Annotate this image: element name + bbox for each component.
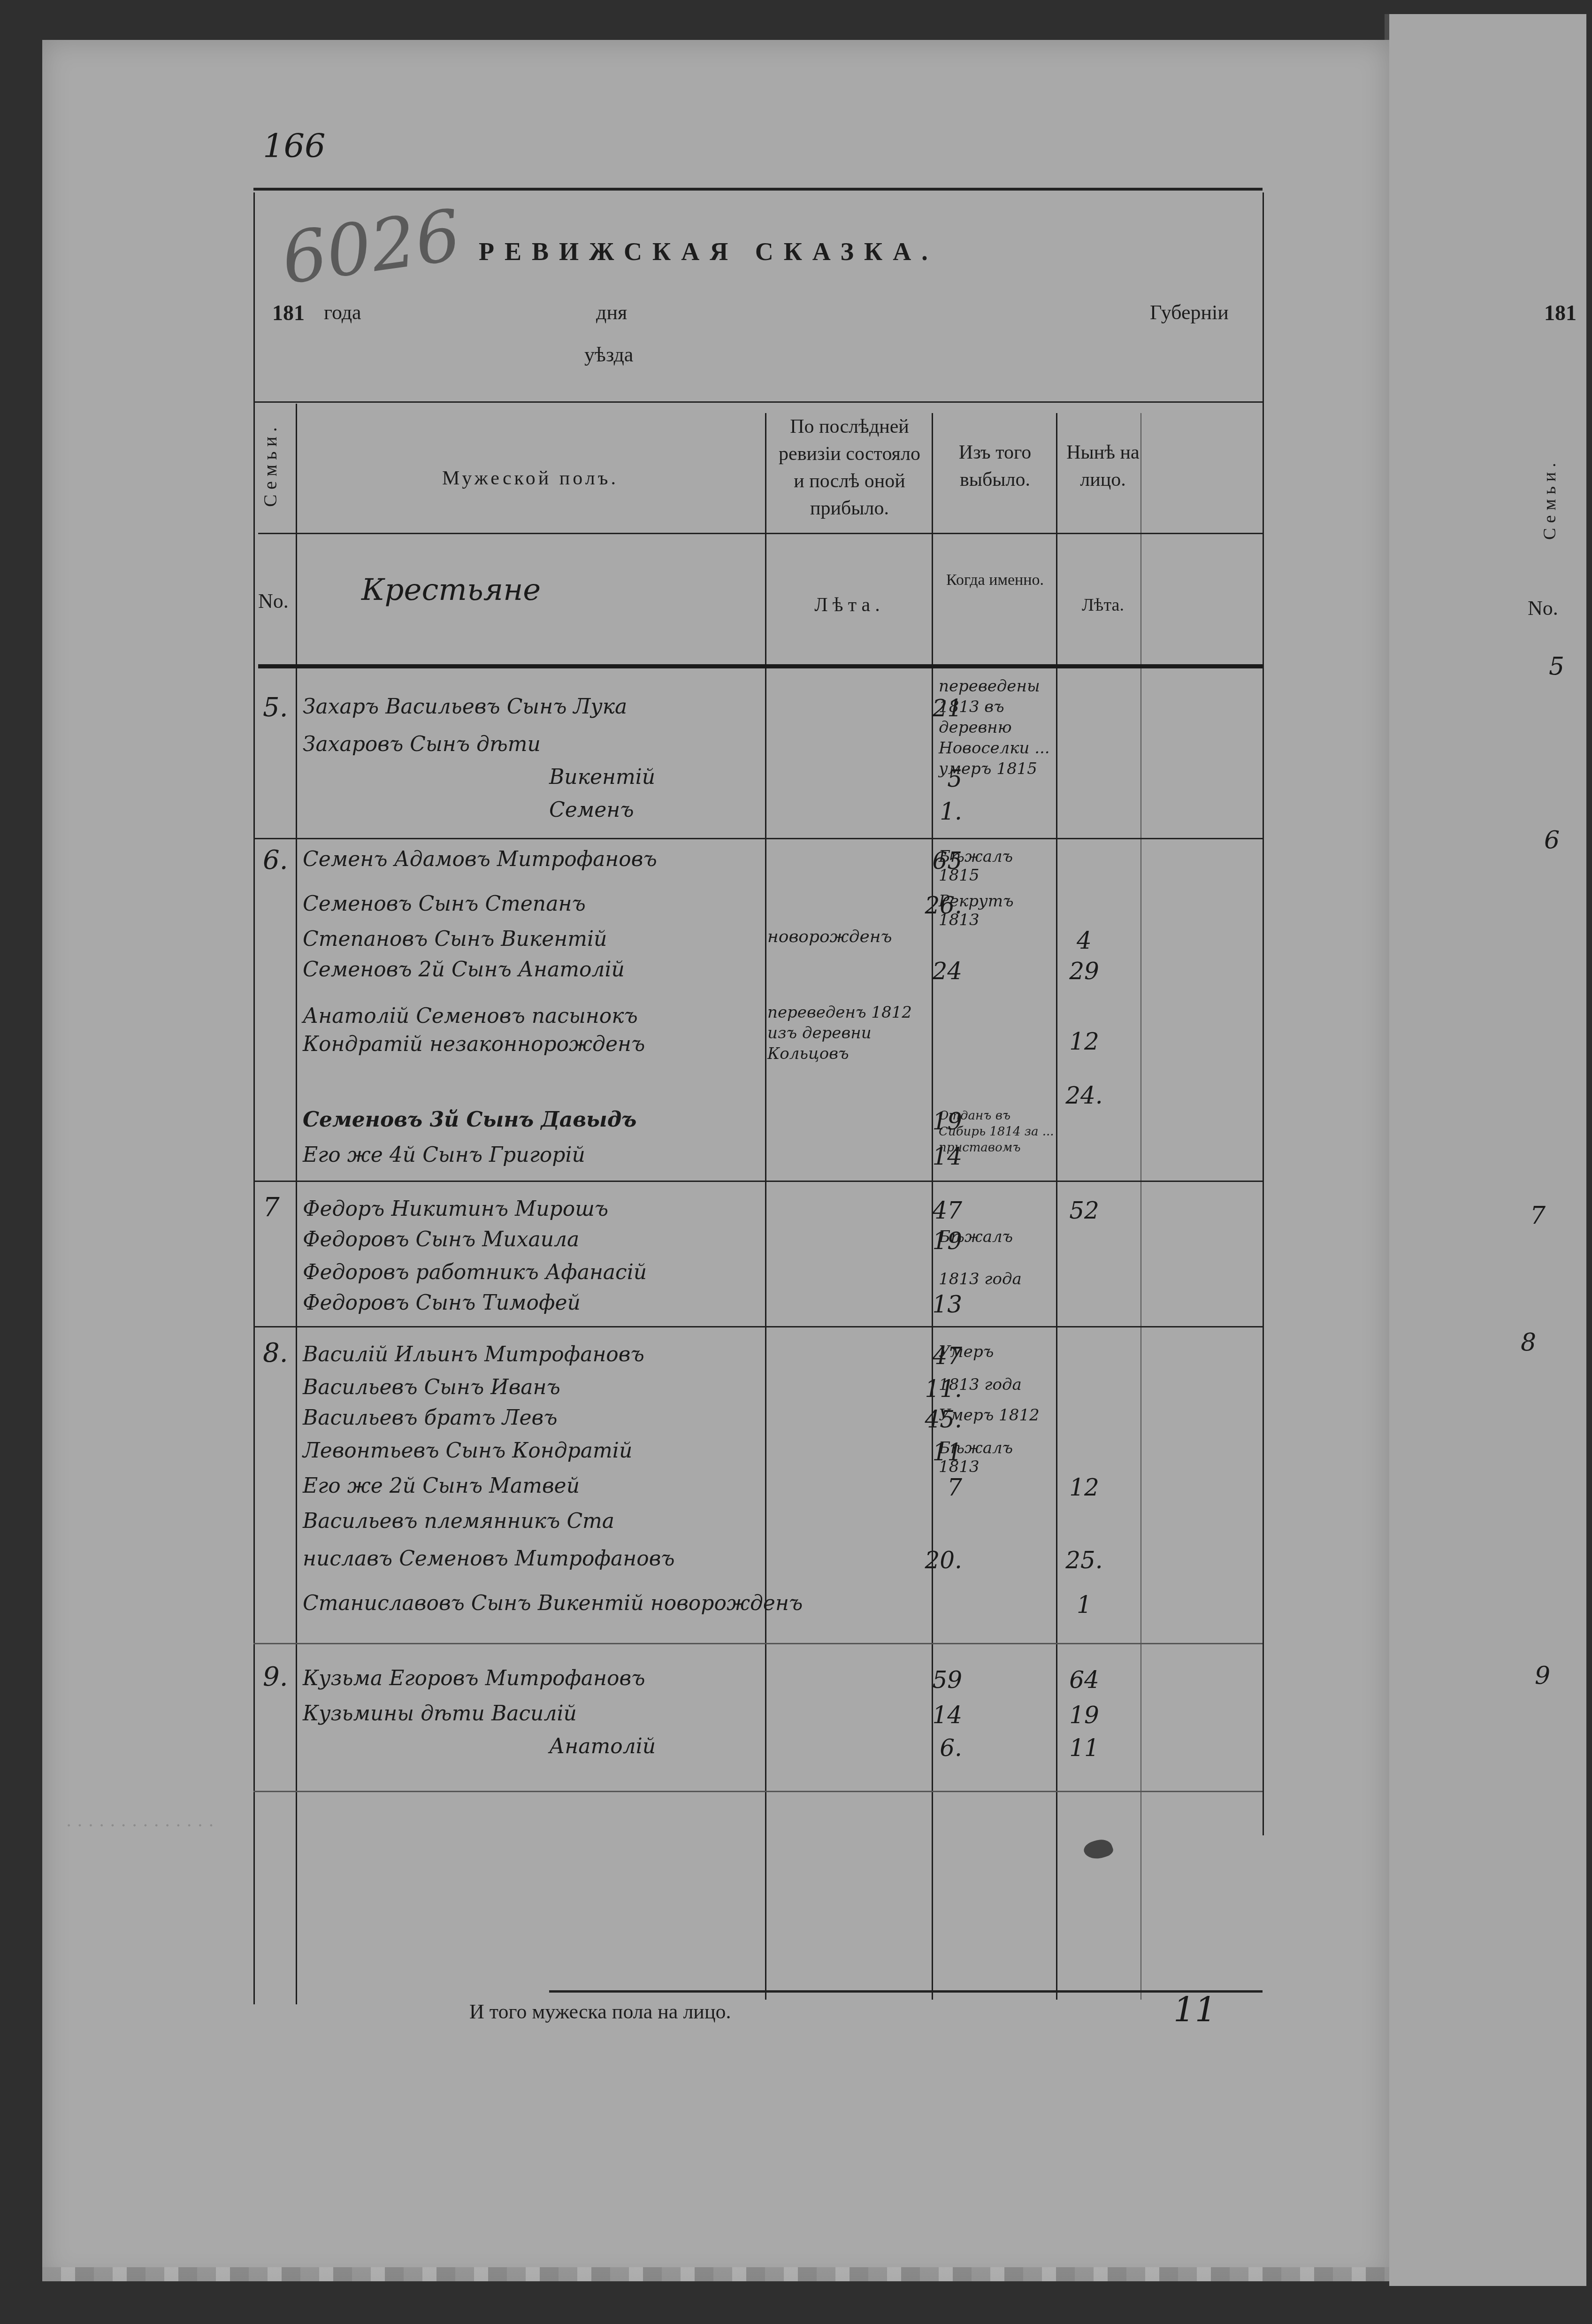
table-end-rule: [253, 1791, 1263, 1792]
subheader-rule: [258, 533, 1263, 534]
male-category: Крестьяне: [361, 573, 541, 607]
faint-bleedthrough-text: · · · · · · · · · · · · · ·: [66, 1814, 214, 1836]
family-rule: [253, 1181, 1263, 1182]
table-row: Васильевъ Сынъ Иванъ 11. 1813 года: [249, 1375, 1263, 1408]
facing-family-number: 8: [1521, 1328, 1536, 1357]
facing-year-prefix: 181: [1544, 300, 1577, 325]
table-row: Захаръ Васильевъ Сынъ Лука 21: [249, 695, 1263, 728]
day-label: дня: [596, 300, 627, 324]
total-rule: [549, 1990, 1263, 1993]
col-male: Мужеской полъ.: [310, 465, 751, 492]
table-row: Семеновъ Сынъ Степанъ 26. Рекрутъ 1813: [249, 892, 1263, 925]
year-prefix: 181: [272, 300, 305, 325]
table-row: Федоровъ Сынъ Михаила 19 Бѣжалъ: [249, 1227, 1263, 1260]
table-row: Василій Ильинъ Митрофановъ 47 Умеръ: [249, 1342, 1263, 1375]
table-start-rule: [258, 664, 1263, 668]
family-rule: [253, 838, 1263, 839]
table-row: Викентій 5: [249, 765, 1263, 798]
table-row: Левонтьевъ Сынъ Кондратій 11 Бѣжалъ 1813: [249, 1439, 1263, 1472]
col-last-revision: По послѣдней ревизіи состояло и послѣ он…: [772, 413, 927, 522]
facing-family-number: 9: [1535, 1662, 1550, 1690]
total-label: И того мужеска пола на лицо.: [469, 2000, 731, 2024]
table-row: Анатолій Семеновъ пасынокъ Кондратій нез…: [249, 1002, 1263, 1077]
right-page: [1389, 14, 1586, 2286]
family-rule: [253, 1326, 1263, 1327]
col-present: Нынѣ на лицо.: [1061, 439, 1145, 493]
facing-family-label: Семьи.: [1539, 418, 1568, 540]
table-row: Федоровъ работникъ Афанасій 1813 года: [249, 1260, 1263, 1293]
family-rule: [253, 1643, 1263, 1644]
table-row: Станиславовъ Сынъ Викентій новорожденъ 1: [249, 1591, 1263, 1624]
district-label: уѣзда: [584, 343, 633, 367]
table-row: Семеновъ 2й Сынъ Анатолій 24 29: [249, 958, 1263, 990]
header-rule: [253, 401, 1263, 403]
table-row: Семеновъ 3й Сынъ Давыдъ 19 Отданъ въ Сиб…: [249, 1108, 1263, 1141]
document-title: РЕВИЖСКАЯ СКАЗКА.: [479, 237, 938, 266]
facing-no-label: No.: [1528, 596, 1558, 620]
table-row: Федоровъ Сынъ Тимофей 13: [249, 1291, 1263, 1324]
col-departed: Изъ того выбыло.: [939, 439, 1051, 493]
col-departed-sub: Когда именно.: [939, 568, 1051, 592]
col-present-sub: Лѣта.: [1061, 591, 1145, 619]
table-row: Семенъ Адамовъ Митрофановъ 65 Бѣжалъ 181…: [249, 847, 1263, 880]
table-row: Его же 2й Сынъ Матвей 7 12: [249, 1474, 1263, 1507]
torn-edge: [42, 2267, 1389, 2281]
province-label: Губерніи: [1150, 300, 1229, 324]
page-number: 166: [263, 127, 326, 165]
table-row: Анатолій 6. 11: [249, 1734, 1263, 1767]
total-value: 11: [1173, 1990, 1217, 2030]
departed-note: переведены 1813 въ деревню Новоселки ...…: [939, 676, 1056, 779]
frame-right: [1263, 192, 1264, 1835]
facing-family-number: 6: [1544, 826, 1560, 854]
table-row: Семенъ 1.: [249, 798, 1263, 831]
top-rule: [253, 188, 1263, 191]
table-row: Кузьмины дѣти Василій 14 19: [249, 1702, 1263, 1734]
table-row: ниславъ Семеновъ Митрофановъ 20. 25.: [249, 1547, 1263, 1580]
table-row: Федоръ Никитинъ Мирошъ 47 52: [249, 1197, 1263, 1230]
revision-form: РЕВИЖСКАЯ СКАЗКА. 181 года дня Губерніи …: [249, 188, 1267, 2009]
table-row: Васильевъ племянникъ Ста: [249, 1509, 1263, 1542]
table-row: Кузьма Егоровъ Митрофановъ 59 64: [249, 1666, 1263, 1699]
col-family: Семьи.: [259, 408, 287, 521]
table-row: Степановъ Сынъ Викентій новорожденъ 4: [249, 927, 1263, 960]
col-last-revision-sub: Лѣта.: [772, 591, 927, 619]
family-no-label: No.: [258, 589, 289, 613]
facing-family-number: 7: [1530, 1202, 1546, 1230]
table-row: Захаровъ Сынъ дѣти: [249, 732, 1263, 765]
facing-family-number: 5: [1549, 652, 1564, 681]
table-row: Его же 4й Сынъ Григорій 14: [249, 1143, 1263, 1176]
year-label: года: [324, 300, 361, 324]
table-row: Васильевъ братъ Левъ 45. Умеръ 1812: [249, 1406, 1263, 1439]
